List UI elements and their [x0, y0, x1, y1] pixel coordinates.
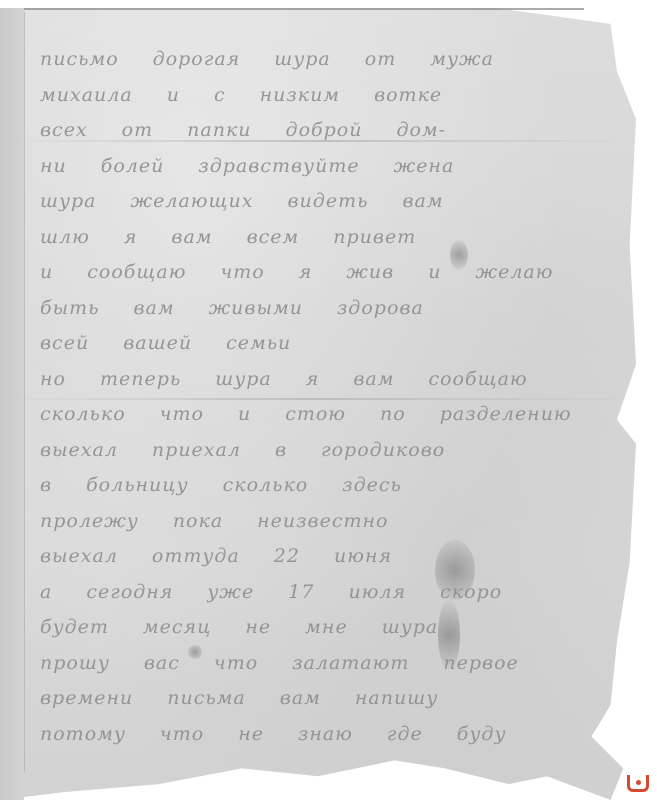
handwritten-word: ни — [40, 149, 67, 185]
handwritten-word: потому — [40, 717, 126, 753]
handwritten-word: вашей — [123, 326, 192, 362]
handwritten-word: июня — [334, 539, 392, 575]
handwritten-word: вотке — [374, 78, 442, 114]
handwritten-word: выехал — [40, 433, 118, 469]
handwritten-word: городиково — [321, 433, 445, 469]
left-margin-strip — [0, 8, 24, 800]
handwritten-word: вам — [133, 291, 174, 327]
handwritten-word: стою — [285, 397, 346, 433]
handwritten-word: желаю — [475, 255, 553, 291]
letter-line: всехотпапкидобройдом- — [40, 113, 600, 149]
handwritten-word: что — [214, 646, 258, 682]
handwritten-word: сообщаю — [87, 255, 186, 291]
handwritten-word: мужа — [430, 42, 494, 78]
handwritten-word: буду — [457, 717, 507, 753]
letter-line: ниболейздравствуйтежена — [40, 149, 600, 185]
handwritten-word: не — [245, 610, 271, 646]
handwritten-word: шлю — [40, 220, 90, 256]
handwritten-word: низким — [260, 78, 340, 114]
handwritten-word: письма — [167, 681, 246, 717]
handwritten-word: больницу — [86, 468, 189, 504]
handwritten-word: где — [387, 717, 423, 753]
handwritten-word: и — [428, 255, 441, 291]
handwritten-word: сколько — [223, 468, 309, 504]
handwritten-word: уже — [207, 575, 254, 611]
handwritten-word: сколько — [40, 397, 126, 433]
handwritten-word: теперь — [100, 362, 181, 398]
handwritten-word: вам — [402, 184, 443, 220]
handwritten-word: выехал — [40, 539, 118, 575]
margin-line — [24, 12, 25, 772]
handwritten-word: сообщаю — [428, 362, 527, 398]
handwritten-word: я — [124, 220, 138, 256]
handwritten-word: вас — [144, 646, 180, 682]
handwritten-word: в — [40, 468, 52, 504]
handwritten-word: дом- — [396, 113, 446, 149]
handwritten-word: здесь — [342, 468, 402, 504]
handwritten-word: знаю — [298, 717, 353, 753]
handwritten-word: доброй — [286, 113, 363, 149]
letter-line: будетмесяцнемнешура — [40, 610, 600, 646]
handwritten-word: видеть — [287, 184, 368, 220]
handwritten-word: и — [238, 397, 251, 433]
handwritten-word: неизвестно — [257, 504, 388, 540]
letter-line: времениписьмавамнапишу — [40, 681, 600, 717]
letter-line: исообщаючтояживижелаю — [40, 255, 600, 291]
letter-line: вбольницусколькоздесь — [40, 468, 600, 504]
handwritten-word: от — [365, 42, 396, 78]
handwritten-word: привет — [333, 220, 416, 256]
letter-line: всейвашейсемьи — [40, 326, 600, 362]
handwritten-word: по — [380, 397, 406, 433]
handwritten-word: всей — [40, 326, 89, 362]
handwritten-word: будет — [40, 610, 109, 646]
handwritten-word: пока — [173, 504, 223, 540]
handwritten-word: и — [167, 78, 180, 114]
handwritten-word: июля — [348, 575, 406, 611]
handwritten-word: здорова — [337, 291, 424, 327]
letter-line: шуражелающихвидетьвам — [40, 184, 600, 220]
letter-line: асегодняуже17июляскоро — [40, 575, 600, 611]
letter-line: бытьвамживымиздорова — [40, 291, 600, 327]
handwritten-word: разделению — [440, 397, 572, 433]
letter-line: письмодорогаяшураотмужа — [40, 42, 600, 78]
handwritten-word: письмо — [40, 42, 119, 78]
handwritten-word: шура — [274, 42, 331, 78]
handwritten-word: а — [40, 575, 52, 611]
handwritten-word: что — [160, 717, 204, 753]
letter-line: прошувасчтозалатаютпервое — [40, 646, 600, 682]
handwritten-word: вам — [280, 681, 321, 717]
handwritten-word: 17 — [288, 575, 314, 611]
handwritten-word: времени — [40, 681, 133, 717]
letter-line: выехалоттуда22июня — [40, 539, 600, 575]
handwritten-word: вам — [171, 220, 212, 256]
handwritten-word: с — [214, 78, 226, 114]
handwritten-word: шура — [40, 184, 97, 220]
handwritten-word: скоро — [440, 575, 502, 611]
handwritten-word: шура — [382, 610, 439, 646]
letter-line: пролежупоканеизвестно — [40, 504, 600, 540]
letter-line: сколькочтоистоюпоразделению — [40, 397, 600, 433]
handwritten-word: жена — [394, 149, 455, 185]
letter-line: михаилаиснизкимвотке — [40, 78, 600, 114]
handwritten-word: быть — [40, 291, 99, 327]
handwritten-word: и — [40, 255, 53, 291]
letter-line: нотеперьшураявамсообщаю — [40, 362, 600, 398]
handwritten-word: в — [275, 433, 287, 469]
handwritten-word: первое — [443, 646, 518, 682]
handwritten-word: но — [40, 362, 66, 398]
letter-line: потомучтонезнаюгдебуду — [40, 717, 600, 753]
handwritten-word: 22 — [274, 539, 300, 575]
logo-dot — [636, 780, 641, 785]
handwritten-word: шура — [215, 362, 272, 398]
handwritten-word: всем — [247, 220, 300, 256]
handwritten-word: сегодня — [86, 575, 173, 611]
handwritten-word: всех — [40, 113, 88, 149]
handwritten-word: оттуда — [152, 539, 240, 575]
handwritten-word: я — [299, 255, 313, 291]
handwritten-word: не — [238, 717, 264, 753]
handwritten-word: здравствуйте — [198, 149, 359, 185]
handwritten-word: дорогая — [153, 42, 241, 78]
handwritten-word: что — [220, 255, 264, 291]
handwritten-word: прошу — [40, 646, 110, 682]
handwritten-word: пролежу — [40, 504, 139, 540]
handwritten-word: живыми — [209, 291, 303, 327]
handwritten-word: залатают — [292, 646, 409, 682]
handwritten-word: вам — [353, 362, 394, 398]
handwritten-word: жив — [346, 255, 394, 291]
handwritten-word: папки — [187, 113, 251, 149]
handwritten-word: желающих — [131, 184, 254, 220]
letter-body: письмодорогаяшураотмужамихаилаиснизкимво… — [40, 42, 600, 752]
handwritten-word: напишу — [355, 681, 438, 717]
handwritten-word: михаила — [40, 78, 133, 114]
top-edge — [24, 8, 584, 10]
handwritten-word: от — [122, 113, 153, 149]
handwritten-word: месяц — [143, 610, 211, 646]
handwritten-word: семьи — [226, 326, 291, 362]
handwritten-word: что — [160, 397, 204, 433]
handwritten-word: приехал — [152, 433, 241, 469]
handwritten-word: болей — [101, 149, 165, 185]
letter-line: выехалприехалвгородиково — [40, 433, 600, 469]
handwritten-word: мне — [305, 610, 348, 646]
handwritten-word: я — [306, 362, 320, 398]
letter-line: шлюявамвсемпривет — [40, 220, 600, 256]
